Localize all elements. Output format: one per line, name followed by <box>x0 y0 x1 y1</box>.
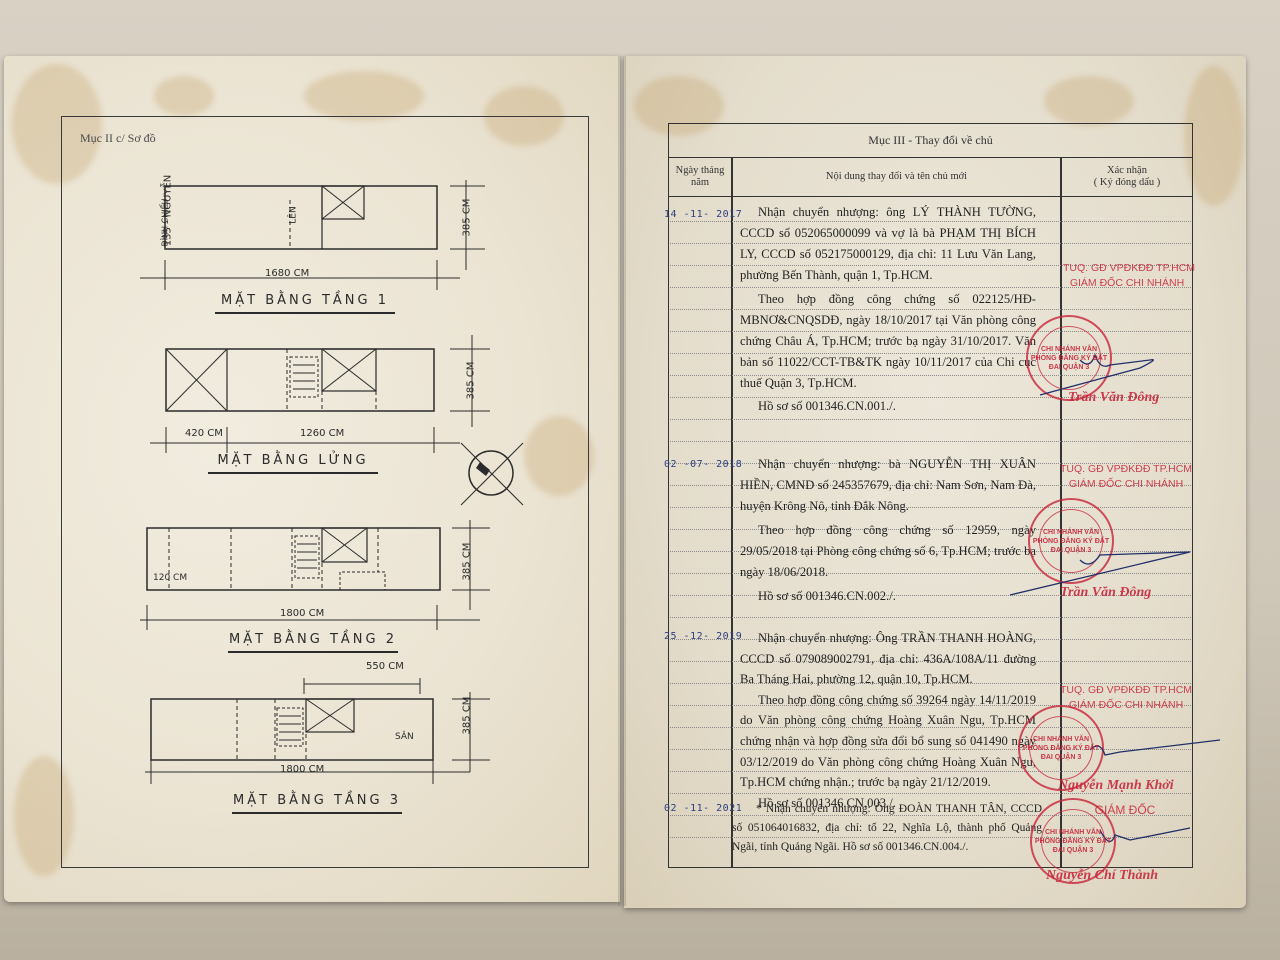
section-label: Mục II c/ Sơ đồ <box>80 131 156 146</box>
tang3-top-dim: 550 CM <box>366 661 404 672</box>
mezz-width-dim-a: 420 CM <box>185 428 223 439</box>
plan1-title: MẶT BẰNG TẦNG 1 <box>215 293 395 314</box>
entry-paragraph: Nhận chuyển nhượng: Ông TRẦN THANH HOÀNG… <box>740 628 1036 690</box>
header-content: Nội dung thay đổi và tên chủ mới <box>732 157 1061 197</box>
column-divider <box>731 157 733 868</box>
entry-file-number: Hồ sơ số 001346.CN.001./. <box>740 396 1036 417</box>
authorization-stamp: TUQ. GĐ VPĐKĐĐ TP.HCM GIÁM ĐỐC CHI NHÁNH <box>1063 261 1191 291</box>
entry-date: 02 -07- 2018 <box>664 459 742 470</box>
header-confirm-line2: ( Ký đóng dấu ) <box>1094 177 1161 189</box>
tang3-depth-dim: 385 CM <box>461 697 472 735</box>
seal-text: CHI NHÁNH VĂN PHÒNG ĐĂNG KÝ ĐẤT ĐAI QUẬN… <box>1020 735 1102 762</box>
header-confirm: Xác nhận ( Ký đóng dấu ) <box>1061 157 1193 197</box>
tang3-width-dim: 1800 CM <box>280 764 324 775</box>
tang2-title: MẶT BẰNG TẦNG 2 <box>228 632 398 653</box>
entry-paragraph: * Nhận chuyển nhượng: Ông ĐOÀN THANH TÂN… <box>732 800 1042 857</box>
book-spine <box>618 56 626 906</box>
entry-date: 25 -12- 2019 <box>664 631 742 642</box>
entry-content: Nhận chuyển nhượng: ông LÝ THÀNH TƯỜNG, … <box>740 202 1036 417</box>
plan1-stair-label: LÊN <box>289 206 299 223</box>
tang2-width-dim: 1800 CM <box>280 608 324 619</box>
mezz-depth-dim: 385 CM <box>465 362 476 400</box>
entry-content: * Nhận chuyển nhượng: Ông ĐOÀN THANH TÂN… <box>732 800 1042 857</box>
entry-date: 14 -11- 2017 <box>664 209 742 220</box>
authorization-stamp: TUQ. GĐ VPĐKĐĐ TP.HCM GIÁM ĐỐC CHI NHÁNH <box>1060 462 1192 492</box>
seal-text: CHI NHÁNH VĂN PHÒNG ĐĂNG KÝ ĐẤT ĐAI QUẬN… <box>1030 528 1112 555</box>
mezz-width-dim-b: 1260 CM <box>300 428 344 439</box>
ruling-line <box>670 617 1191 618</box>
seal-text: CHI NHÁNH VĂN PHÒNG ĐĂNG KÝ ĐẤT ĐAI QUẬN… <box>1028 345 1110 372</box>
stamp-line1: TUQ. GĐ VPĐKĐĐ TP.HCM <box>1060 462 1192 477</box>
stamp-line1: TUQ. GĐ VPĐKĐĐ TP.HCM <box>1063 261 1191 276</box>
stamp-line2: GIÁM ĐỐC CHI NHÁNH <box>1060 477 1192 492</box>
table-title: Mục III - Thay đổi về chủ <box>668 133 1193 148</box>
tang2-depth-dim: 385 CM <box>461 543 472 581</box>
north-arrow-icon <box>458 440 528 510</box>
ruling-line <box>670 441 1191 442</box>
header-confirm-line1: Xác nhận <box>1107 165 1147 177</box>
mezz-title: MẶT BẰNG LỬNG <box>208 453 378 474</box>
plan1-width-dim: 1680 CM <box>265 268 309 279</box>
plan1-side-note-line2: ĐÌNH CHIỂU <box>160 199 169 247</box>
tang2-inner-dim: 120 CM <box>153 573 187 583</box>
ruling-line <box>670 419 1191 420</box>
entry-paragraph: Theo hợp đồng công chứng số 022125/HĐ-MB… <box>740 289 1036 394</box>
entry-paragraph: Theo hợp đồng công chứng số 39264 ngày 1… <box>740 690 1036 793</box>
tang3-title: MẶT BẰNG TẦNG 3 <box>232 793 402 814</box>
tang3-room-label: SÂN <box>395 732 414 742</box>
entry-paragraph: Nhận chuyển nhượng: bà NGUYỄN THỊ XUÂN H… <box>740 454 1036 517</box>
floor-plan-1-drawing <box>140 170 490 310</box>
stamp-line2: GIÁM ĐỐC CHI NHÁNH <box>1063 276 1191 291</box>
plan1-side-note-2: ĐÌNH CHIỂU <box>160 199 169 247</box>
signer-name: Nguyễn Mạnh Khởi <box>1058 778 1174 794</box>
signer-name: Nguyễn Chí Thành <box>1046 868 1158 884</box>
entry-date: 02 -11- 2021 <box>664 803 742 814</box>
plan1-depth-dim: 385 CM <box>461 199 472 237</box>
entry-paragraph: Nhận chuyển nhượng: ông LÝ THÀNH TƯỜNG, … <box>740 202 1036 286</box>
entry-content: Nhận chuyển nhượng: Ông TRẦN THANH HOÀNG… <box>740 628 1036 813</box>
stamp-line1: TUQ. GĐ VPĐKĐĐ TP.HCM <box>1060 683 1192 698</box>
header-date: Ngày tháng năm <box>668 157 732 197</box>
seal-text: CHI NHÁNH VĂN PHÒNG ĐĂNG KÝ ĐẤT ĐAI QUẬN… <box>1032 828 1114 855</box>
